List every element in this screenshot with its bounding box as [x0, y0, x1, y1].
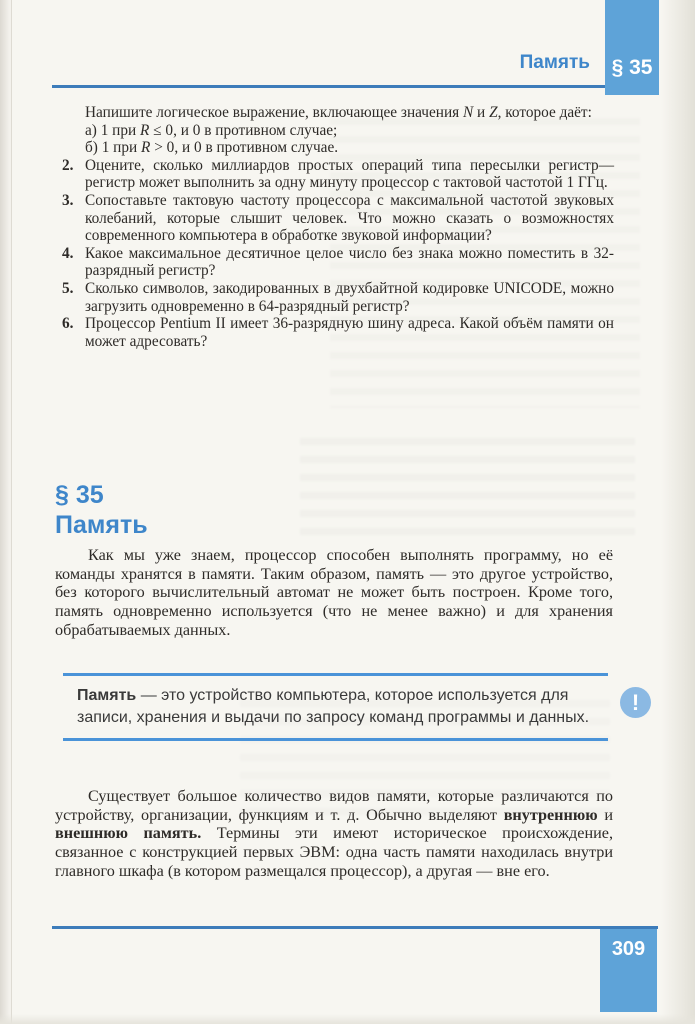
- question-item: 6.Процессор Pentium II имеет 36-разрядну…: [62, 315, 614, 350]
- question-text: Напишите логическое выражение, включающе…: [85, 104, 614, 157]
- paragraph-intro: Как мы уже знаем, процессор способен вып…: [55, 546, 613, 640]
- question-list: Напишите логическое выражение, включающе…: [62, 104, 614, 350]
- question-item: 4.Какое максимальное десятичное целое чи…: [62, 245, 614, 280]
- question-item: Напишите логическое выражение, включающе…: [62, 104, 614, 157]
- question-number: 6.: [62, 315, 73, 333]
- header-rule: [52, 85, 659, 88]
- section-badge-top: § 35: [605, 0, 659, 95]
- question-item: 5.Сколько символов, закодированных в дву…: [62, 280, 614, 315]
- question-number: 5.: [62, 280, 73, 298]
- definition-box: Память — это устройство компьютера, кото…: [63, 673, 608, 741]
- section-title: Память: [55, 510, 148, 540]
- textbook-page: { "header": { "running_title": "Память",…: [0, 0, 695, 1024]
- question-number: 2.: [62, 157, 73, 175]
- question-text: Сколько символов, закодированных в двухб…: [85, 280, 614, 315]
- ink-bleedthrough: [300, 438, 635, 543]
- question-item: 2.Оцените, сколько миллиардов простых оп…: [62, 157, 614, 192]
- question-text: Какое максимальное десятичное целое числ…: [85, 245, 614, 280]
- page-number-badge: 309: [600, 929, 657, 1012]
- question-text: Процессор Pentium II имеет 36-разрядную …: [85, 315, 614, 350]
- page-bottom-edge: [0, 1014, 695, 1024]
- section-number: § 35: [55, 480, 148, 510]
- paragraph-memory-kinds: Существует большое количество видов памя…: [55, 787, 613, 881]
- page-left-edge: [0, 0, 12, 1024]
- question-text: Оцените, сколько миллиардов простых опер…: [85, 157, 614, 192]
- exclamation-icon: !: [620, 687, 651, 718]
- question-number: 3.: [62, 192, 73, 210]
- running-header-title: Память: [360, 52, 590, 74]
- section-heading: § 35 Память: [55, 480, 148, 540]
- question-item: 3.Сопоставьте тактовую частоту процессор…: [62, 192, 614, 245]
- question-number: 4.: [62, 245, 73, 263]
- footer-rule: [52, 926, 658, 929]
- page-right-edge: [661, 0, 695, 1024]
- question-text: Сопоставьте тактовую частоту процессора …: [85, 192, 614, 245]
